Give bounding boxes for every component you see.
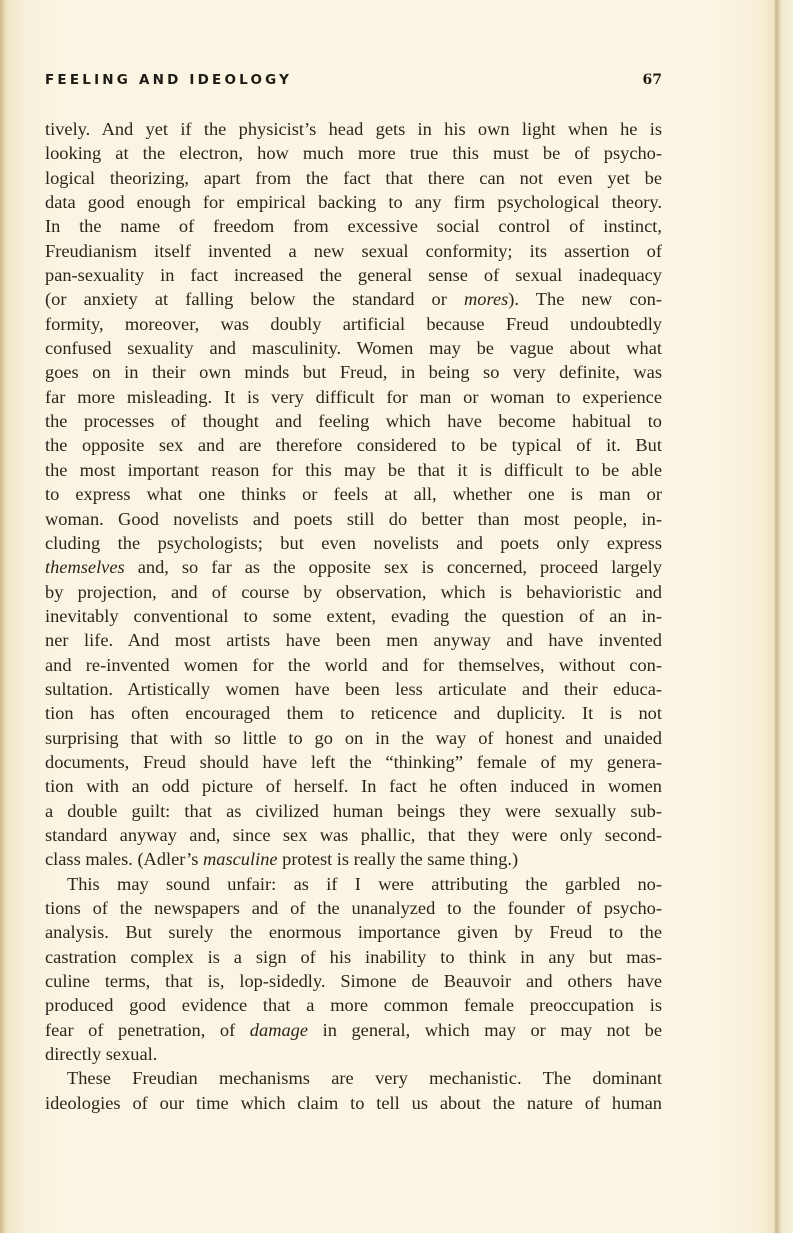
italic-emphasis: mores <box>464 289 508 309</box>
italic-emphasis: masculine <box>203 849 278 869</box>
text-line: confused sexuality and masculinity. Wome… <box>45 336 662 360</box>
spine-shadow <box>0 0 6 1233</box>
text-line: inevitably conventional to some extent, … <box>45 604 662 628</box>
text-line: the processes of thought and feeling whi… <box>45 409 662 433</box>
text-line: class males. (Adler’s masculine protest … <box>45 847 662 871</box>
text-line: to express what one thinks or feels at a… <box>45 482 662 506</box>
running-head: FEELING AND IDEOLOGY 67 <box>45 72 662 92</box>
text-segment: fear of penetration, of <box>45 1020 250 1040</box>
text-line: tions of the newspapers and of the unana… <box>45 896 662 920</box>
book-page: FEELING AND IDEOLOGY 67 tively. And yet … <box>0 0 793 1233</box>
text-line: This may sound unfair: as if I were attr… <box>45 872 662 896</box>
body-text: tively. And yet if the physicist’s head … <box>45 117 662 1115</box>
text-line: far more misleading. It is very difficul… <box>45 385 662 409</box>
text-line: tively. And yet if the physicist’s head … <box>45 117 662 141</box>
text-segment: (or anxiety at falling below the standar… <box>45 289 464 309</box>
text-line: analysis. But surely the enormous import… <box>45 920 662 944</box>
text-line: Freudianism itself invented a new sexual… <box>45 239 662 263</box>
text-line: fear of penetration, of damage in genera… <box>45 1018 662 1042</box>
text-line: culine terms, that is, lop-sidedly. Simo… <box>45 969 662 993</box>
text-line: surprising that with so little to go on … <box>45 726 662 750</box>
text-line: cluding the psychologists; but even nove… <box>45 531 662 555</box>
italic-emphasis: themselves <box>45 557 125 577</box>
text-segment: ). The new con- <box>508 289 662 309</box>
text-segment: protest is really the same thing.) <box>278 849 519 869</box>
text-line: logical theorizing, apart from the fact … <box>45 166 662 190</box>
text-line: woman. Good novelists and poets still do… <box>45 507 662 531</box>
text-line: castration complex is a sign of his inab… <box>45 945 662 969</box>
text-line: produced good evidence that a more commo… <box>45 993 662 1017</box>
text-line: directly sexual. <box>45 1042 662 1066</box>
text-line: These Freudian mechanisms are very mecha… <box>45 1066 662 1090</box>
text-line: looking at the electron, how much more t… <box>45 141 662 165</box>
text-line: goes on in their own minds but Freud, in… <box>45 360 662 384</box>
text-line: pan-sexuality in fact increased the gene… <box>45 263 662 287</box>
text-line: In the name of freedom from excessive so… <box>45 214 662 238</box>
page-number: 67 <box>643 72 662 88</box>
text-line: the opposite sex and are therefore consi… <box>45 433 662 457</box>
italic-emphasis: damage <box>250 1020 308 1040</box>
text-segment: in general, which may or may not be <box>308 1020 662 1040</box>
text-line: themselves and, so far as the opposite s… <box>45 555 662 579</box>
text-line: ner life. And most artists have been men… <box>45 628 662 652</box>
text-line: by projection, and of course by observat… <box>45 580 662 604</box>
text-line: sultation. Artistically women have been … <box>45 677 662 701</box>
text-line: the most important reason for this may b… <box>45 458 662 482</box>
text-line: documents, Freud should have left the “t… <box>45 750 662 774</box>
text-line: tion has often encouraged them to retice… <box>45 701 662 725</box>
text-segment: class males. (Adler’s <box>45 849 203 869</box>
text-segment: and, so far as the opposite sex is conce… <box>125 557 662 577</box>
text-line: standard anyway and, since sex was phall… <box>45 823 662 847</box>
text-line: tion with an odd picture of herself. In … <box>45 774 662 798</box>
text-line: a double guilt: that as civilized human … <box>45 799 662 823</box>
text-line: data good enough for empirical backing t… <box>45 190 662 214</box>
text-line: and re-invented women for the world and … <box>45 653 662 677</box>
text-line: ideologies of our time which claim to te… <box>45 1091 662 1115</box>
text-line: formity, moreover, was doubly artificial… <box>45 312 662 336</box>
chapter-title: FEELING AND IDEOLOGY <box>45 72 292 88</box>
text-line: (or anxiety at falling below the standar… <box>45 287 662 311</box>
